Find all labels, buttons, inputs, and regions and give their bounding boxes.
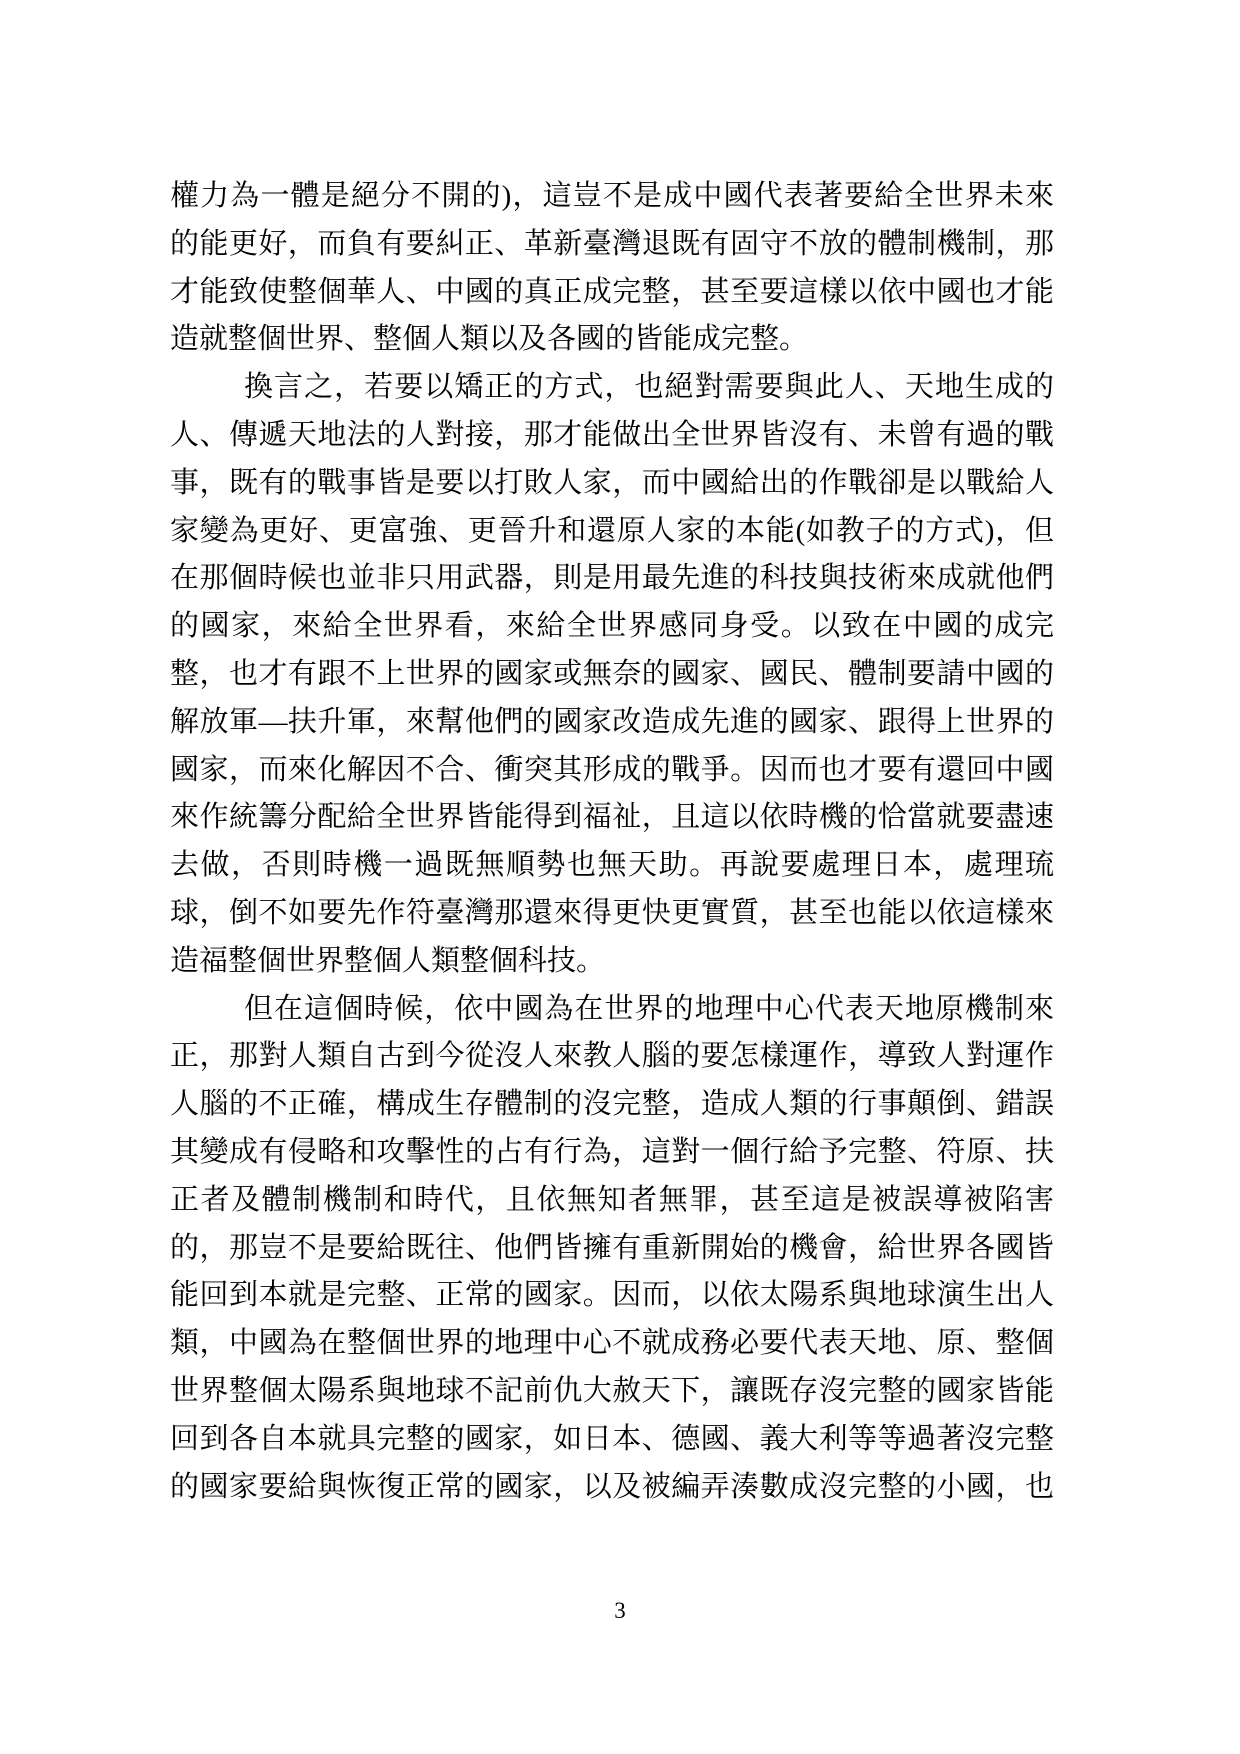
text-line: 能回到本就是完整、正常的國家。因而，以依太陽系與地球演生出人 [170, 1272, 1054, 1320]
text-line: 家變為更好、更富強、更晉升和還原人家的本能(如教子的方式)，但 [170, 508, 1054, 556]
text-line: 的國家，來給全世界看，來給全世界感同身受。以致在中國的成完 [170, 603, 1054, 651]
text-line: 換言之，若要以矯正的方式，也絕對需要與此人、天地生成的 [170, 364, 1054, 412]
text-line: 造就整個世界、整個人類以及各國的皆能成完整。 [170, 316, 1054, 364]
text-line: 整，也才有跟不上世界的國家或無奈的國家、國民、體制要請中國的 [170, 651, 1054, 699]
text-line: 去做，否則時機一過既無順勢也無天助。再說要處理日本，處理琉 [170, 842, 1054, 890]
text-line: 來作統籌分配給全世界皆能得到福祉，且這以依時機的恰當就要盡速 [170, 794, 1054, 842]
text-line: 正，那對人類自古到今從沒人來教人腦的要怎樣運作，導致人對運作 [170, 1033, 1054, 1081]
text-line: 權力為一體是絕分不開的)，這豈不是成中國代表著要給全世界未來 [170, 173, 1054, 221]
text-block: 權力為一體是絕分不開的)，這豈不是成中國代表著要給全世界未來的能更好，而負有要糾… [170, 173, 1054, 1511]
page-number: 3 [0, 1596, 1240, 1626]
text-line: 正者及體制機制和時代，且依無知者無罪，甚至這是被誤導被陷害 [170, 1177, 1054, 1225]
document-page: 權力為一體是絕分不開的)，這豈不是成中國代表著要給全世界未來的能更好，而負有要糾… [0, 0, 1240, 1754]
text-line: 國家，而來化解因不合、衝突其形成的戰爭。因而也才要有還回中國 [170, 747, 1054, 795]
text-line: 才能致使整個華人、中國的真正成完整，甚至要這樣以依中國也才能 [170, 269, 1054, 317]
text-line: 的國家要給與恢復正常的國家，以及被編弄湊數成沒完整的小國，也 [170, 1464, 1054, 1512]
text-line: 人腦的不正確，構成生存體制的沒完整，造成人類的行事顛倒、錯誤 [170, 1081, 1054, 1129]
text-line: 球，倒不如要先作符臺灣那還來得更快更實質，甚至也能以依這樣來 [170, 890, 1054, 938]
text-line: 人、傳遞天地法的人對接，那才能做出全世界皆沒有、未曾有過的戰 [170, 412, 1054, 460]
text-line: 世界整個太陽系與地球不記前仇大赦天下，讓既存沒完整的國家皆能 [170, 1368, 1054, 1416]
text-line: 回到各自本就具完整的國家，如日本、德國、義大利等等過著沒完整 [170, 1416, 1054, 1464]
text-line: 的，那豈不是要給既往、他們皆擁有重新開始的機會，給世界各國皆 [170, 1225, 1054, 1273]
text-line: 的能更好，而負有要糾正、革新臺灣退既有固守不放的體制機制，那 [170, 221, 1054, 269]
text-line: 但在這個時候，依中國為在世界的地理中心代表天地原機制來扶 [170, 986, 1054, 1034]
text-line: 類，中國為在整個世界的地理中心不就成務必要代表天地、原、整個 [170, 1320, 1054, 1368]
text-line: 事，既有的戰事皆是要以打敗人家，而中國給出的作戰卻是以戰給人 [170, 460, 1054, 508]
text-line: 解放軍—扶升軍，來幫他們的國家改造成先進的國家、跟得上世界的 [170, 699, 1054, 747]
text-line: 在那個時候也並非只用武器，則是用最先進的科技與技術來成就他們 [170, 555, 1054, 603]
text-line: 其變成有侵略和攻擊性的占有行為，這對一個行給予完整、符原、扶 [170, 1129, 1054, 1177]
text-line: 造福整個世界整個人類整個科技。 [170, 938, 1054, 986]
